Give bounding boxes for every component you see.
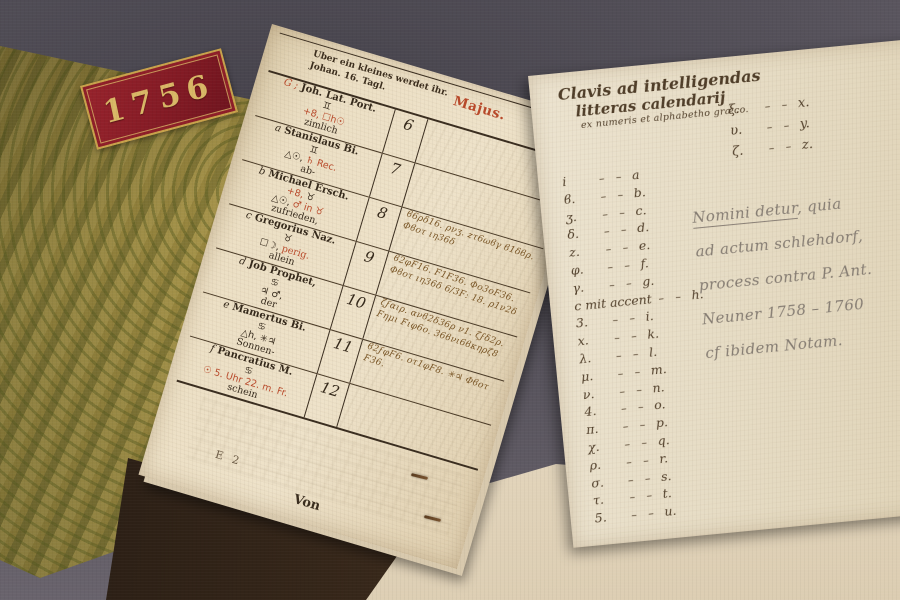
cipher-letter: l.	[648, 343, 669, 360]
cipher-letter: y.	[799, 115, 820, 132]
photograph-of-1756-almanac: 1756 Uber ein kleines werdet ihr. Johan.…	[0, 0, 900, 600]
cipher-symbol: γ.	[572, 278, 603, 296]
pencil-lines: ad actum schlehdorf,process contra P. An…	[694, 213, 900, 370]
cipher-letter: o.	[653, 396, 674, 413]
cipher-letter: e.	[638, 236, 659, 253]
cipher-separator: – –	[759, 118, 800, 135]
cipher-letter: k.	[647, 325, 668, 342]
cipher-symbol: λ.	[579, 349, 610, 367]
pencil-underlined-text: Nomini detur	[691, 199, 797, 229]
cipher-separator: – –	[600, 258, 641, 275]
cipher-symbol: φ.	[570, 260, 601, 278]
cipher-symbol: ξ.	[728, 100, 759, 118]
cipher-symbol: δ.	[567, 225, 598, 243]
cipher-separator: – –	[651, 289, 692, 306]
cipher-separator: – –	[607, 329, 648, 346]
cipher-letter: q.	[657, 431, 678, 448]
cipher-separator: – –	[757, 97, 798, 114]
dominical-letter: e	[222, 299, 231, 311]
cipher-separator: – –	[597, 223, 638, 240]
cipher-symbol: ζ.	[732, 142, 763, 160]
dominical-letter: f	[209, 343, 216, 355]
cipher-separator: – –	[612, 382, 653, 399]
dominical-letter: c	[245, 210, 254, 222]
cipher-separator: – –	[598, 240, 639, 257]
cipher-separator: – –	[602, 276, 643, 293]
cipher-separator: – –	[619, 453, 660, 470]
cover-year: 1756	[100, 67, 218, 132]
cipher-letter: f.	[640, 254, 661, 271]
cipher-letter: d.	[636, 219, 657, 236]
cipher-symbol: μ.	[580, 366, 611, 384]
cipher-letter: g.	[641, 272, 662, 289]
cipher-separator: – –	[616, 418, 657, 435]
cipher-separator: – –	[621, 471, 662, 488]
dominical-letter: d	[238, 256, 247, 268]
cipher-symbol: π.	[585, 419, 616, 437]
cipher-letter: u.	[664, 502, 685, 519]
cipher-letter: i.	[645, 307, 666, 324]
cipher-letter: b.	[633, 183, 654, 200]
cipher-separator: – –	[761, 139, 802, 156]
cipher-separator: – –	[595, 205, 636, 222]
cipher-symbol: z.	[568, 242, 599, 260]
cipher-symbol: χ.	[587, 437, 618, 455]
cipher-symbol: 3.	[575, 313, 606, 331]
cipher-symbol: ν.	[582, 384, 613, 402]
cipher-separator: – –	[622, 488, 663, 505]
cipher-letter: s.	[660, 467, 681, 484]
cipher-symbol: 5.	[594, 508, 625, 526]
pencil-annotation: Nomini detur, quia ad actum schlehdorf,p…	[691, 179, 900, 370]
cipher-key-list-right: ξ. – – x. υ. – – y. ζ. – – z.	[728, 94, 824, 165]
cipher-separator: – –	[609, 347, 650, 364]
cipher-letter: c.	[635, 201, 656, 218]
cipher-separator: – –	[592, 170, 633, 187]
cipher-symbol: 4.	[584, 402, 615, 420]
cipher-symbol: υ.	[730, 121, 761, 139]
dominical-letter: a	[274, 122, 283, 134]
cipher-symbol: i	[562, 171, 593, 189]
cipher-separator: – –	[624, 506, 665, 523]
cipher-letter: m.	[650, 360, 671, 377]
cipher-letter: z.	[801, 136, 822, 153]
cipher-symbol: σ.	[591, 473, 622, 491]
cipher-symbol: ϐ.	[563, 189, 594, 207]
handwritten-key-sheet: Clavis ad intelligendas litteras calenda…	[528, 38, 900, 547]
cipher-separator: – –	[617, 435, 658, 452]
cipher-symbol: x.	[577, 331, 608, 349]
cipher-symbol: τ.	[592, 490, 623, 508]
cipher-letter: x.	[797, 94, 818, 111]
month-title: Majus.	[451, 93, 507, 124]
cipher-separator: – –	[593, 187, 634, 204]
cipher-letter: t.	[662, 484, 683, 501]
cipher-separator: – –	[614, 400, 655, 417]
cipher-separator: – –	[610, 364, 651, 381]
cipher-symbol: ʒ.	[565, 207, 596, 225]
cipher-letter: p.	[655, 414, 676, 431]
cipher-separator: – –	[605, 311, 646, 328]
cipher-letter: a	[631, 166, 652, 183]
cipher-symbol: ρ.	[589, 455, 620, 473]
cipher-letter: n.	[652, 378, 673, 395]
cipher-letter: r.	[659, 449, 680, 466]
dominical-letter: b	[257, 166, 266, 178]
